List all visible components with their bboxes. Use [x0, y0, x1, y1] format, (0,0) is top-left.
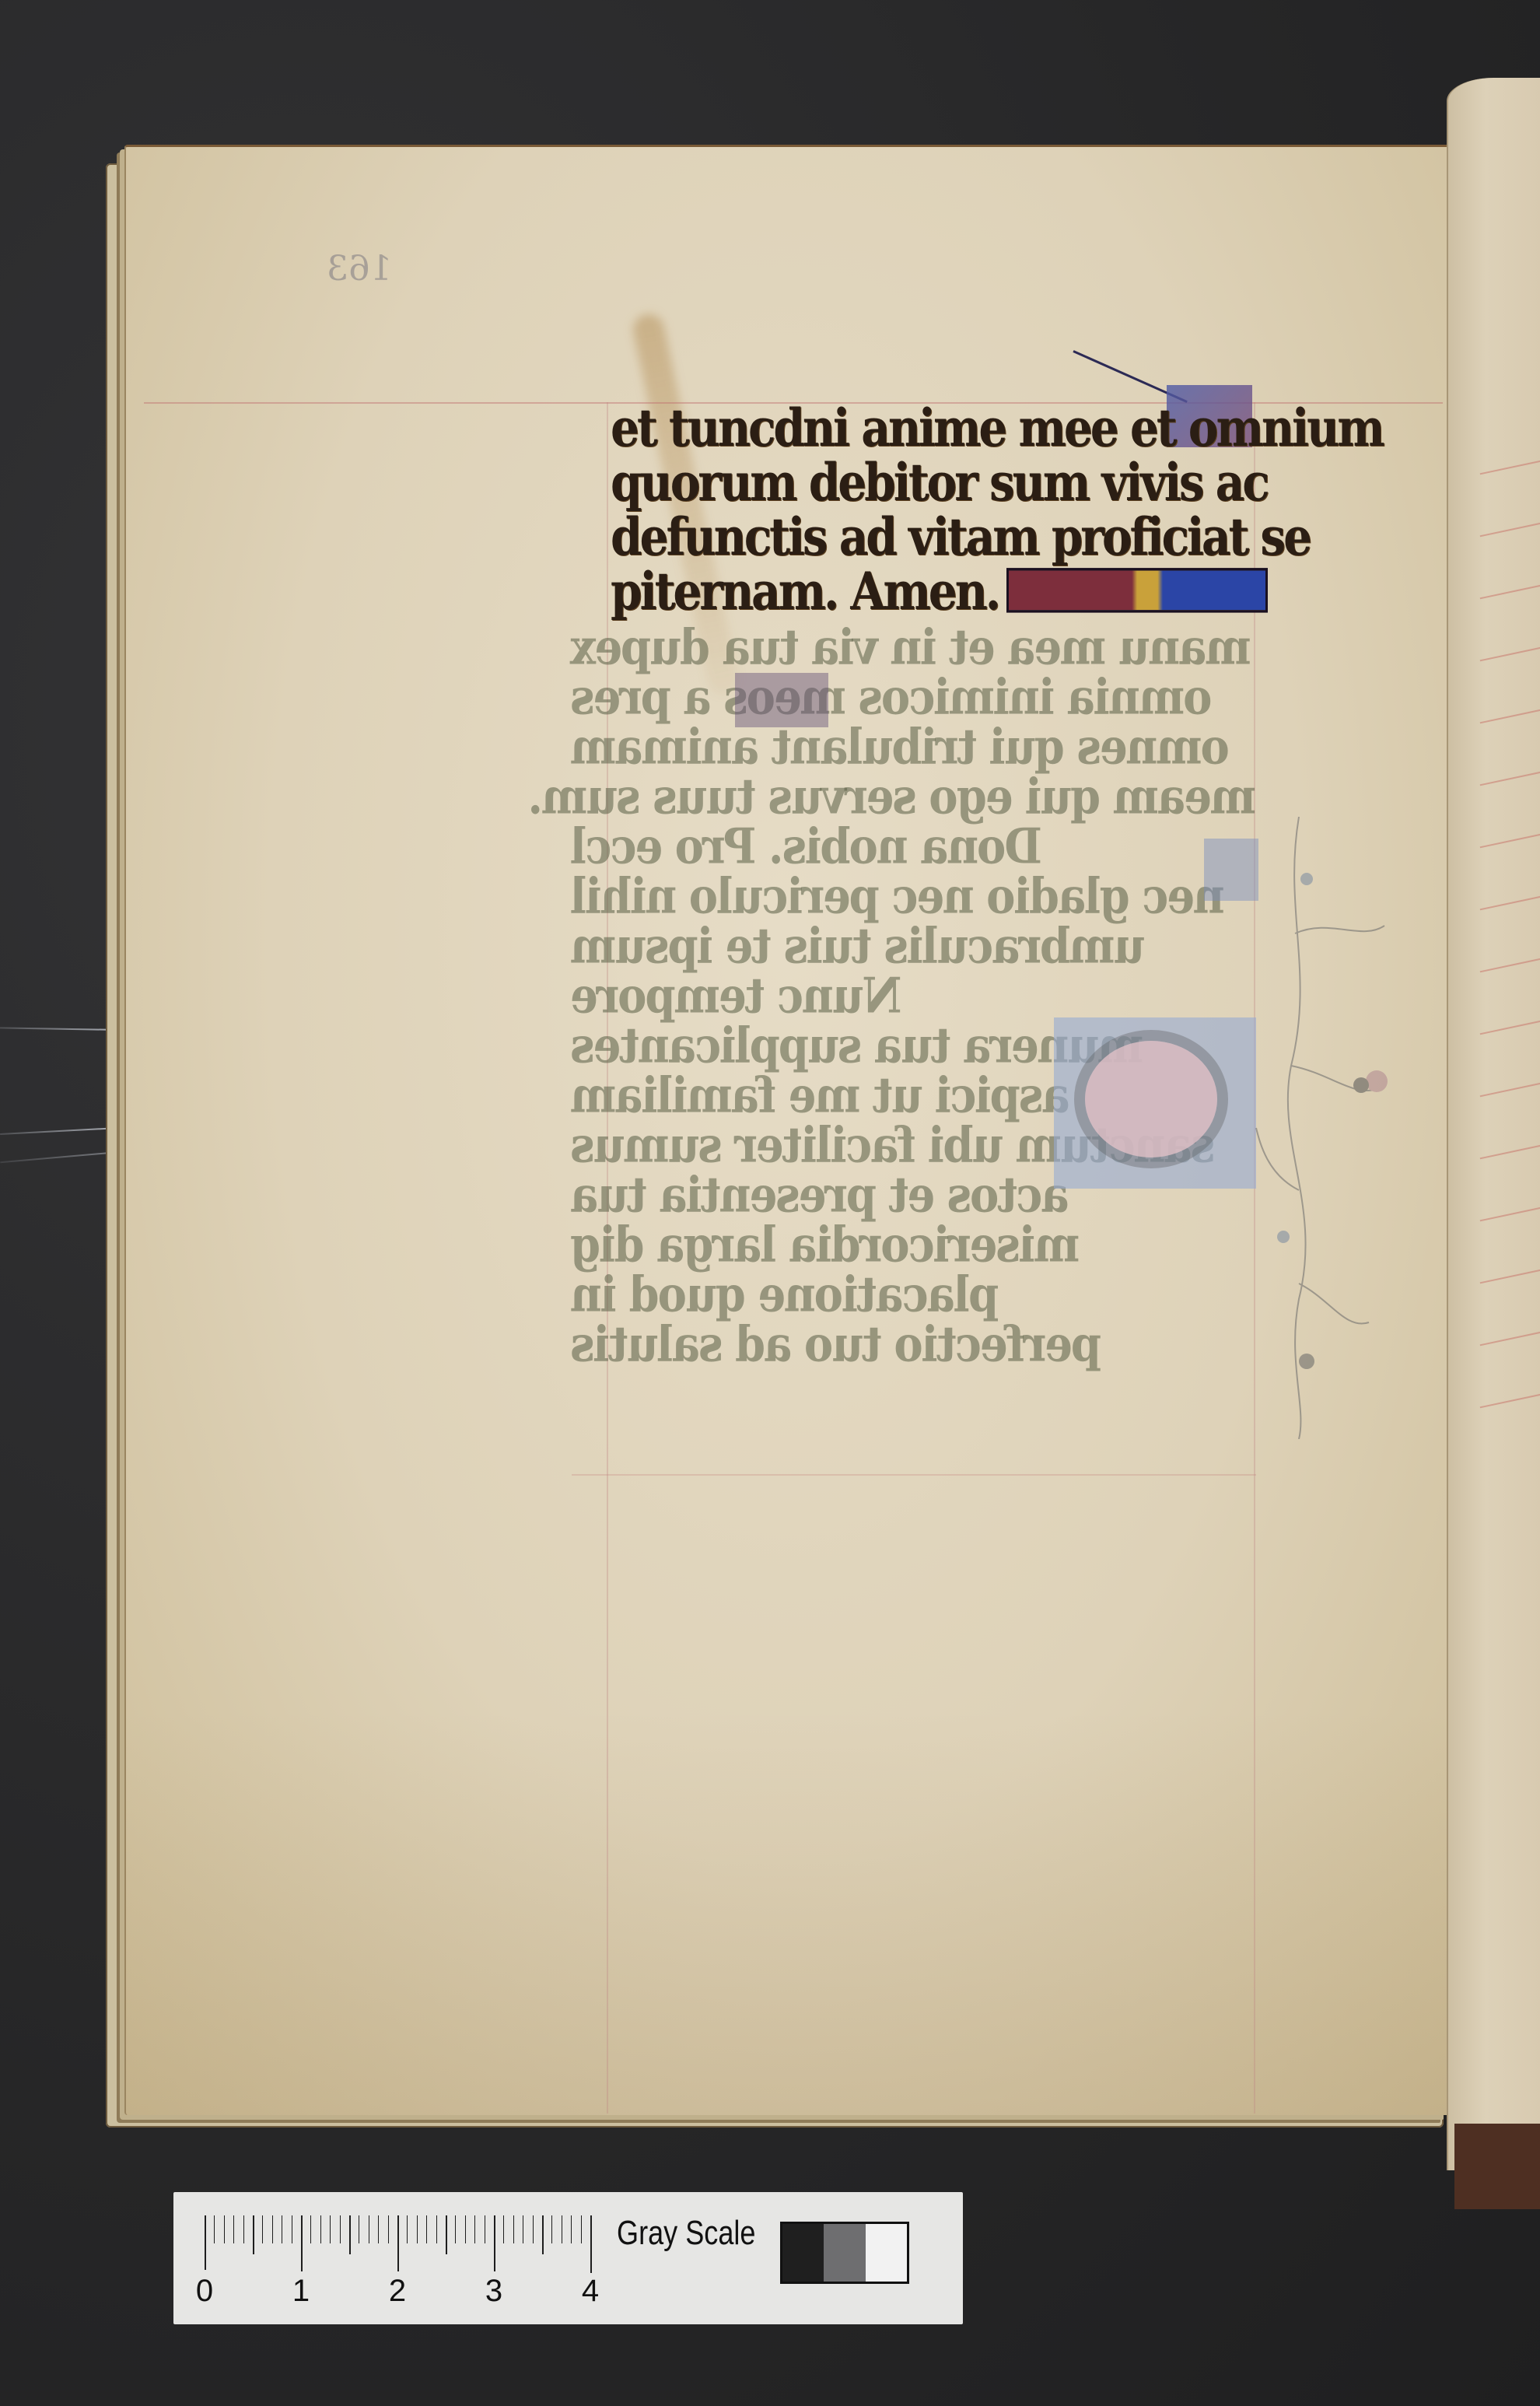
- ghost-line: omnia inimicos meos a pres: [572, 669, 1256, 725]
- binding-edge: [1454, 2124, 1540, 2209]
- ruler-tick-major: [301, 2215, 303, 2271]
- ruler-tick-minor: [282, 2215, 282, 2243]
- ruler-tick-minor: [455, 2215, 456, 2243]
- ruler-tick-half: [542, 2215, 544, 2254]
- ruler-tick-minor: [292, 2215, 292, 2243]
- ghost-line: Dona nobis. Pro eccl: [572, 818, 1256, 874]
- ruler-tick-half: [253, 2215, 254, 2254]
- ghost-floral-border-icon: [1252, 817, 1408, 1439]
- ruler-tick-minor: [359, 2215, 359, 2243]
- ruler-tick-minor: [503, 2215, 504, 2243]
- ghost-line: misericordia larga dig: [572, 1217, 1256, 1273]
- ruler-tick-half: [446, 2215, 447, 2254]
- ruler-tick-minor: [330, 2215, 331, 2243]
- ruler-tick-major: [397, 2215, 399, 2271]
- ruling-line: [1480, 1332, 1540, 1347]
- ruler-label: 4: [582, 2274, 599, 2309]
- ghost-line: perfectio tuo ad salutis: [572, 1316, 1256, 1372]
- ruler-tick-minor: [243, 2215, 244, 2243]
- ruling-line: [1480, 834, 1540, 849]
- ruler-tick-minor: [523, 2215, 523, 2243]
- ruler-tick-minor: [485, 2215, 485, 2243]
- folio-number-showthrough: 163: [327, 249, 392, 289]
- ruler-tick-minor: [417, 2215, 418, 2243]
- ruler-tick-minor: [533, 2215, 534, 2243]
- swatch-gray: [824, 2224, 865, 2282]
- ruling-line: [1480, 585, 1540, 600]
- ruling-line: [1480, 896, 1540, 911]
- text-line: et tuncdni anime mee et omnium: [611, 397, 1256, 460]
- ghost-line: manu mea et in via tua dupex: [572, 619, 1256, 675]
- text-line: defunctis ad vitam proficiat se: [611, 506, 1256, 569]
- ruling-line: [1480, 772, 1540, 786]
- ruler-tick-major: [205, 2215, 206, 2270]
- ruler-tick-major: [590, 2215, 592, 2273]
- ruling-line: [572, 1474, 1256, 1476]
- ruler: 0 1 2 3 4: [205, 2215, 601, 2270]
- swatch-black: [782, 2224, 824, 2282]
- facing-page: [1447, 78, 1540, 2170]
- ruler-label: 3: [485, 2274, 502, 2309]
- ruling-line: [1480, 647, 1540, 662]
- ruler-tick-minor: [378, 2215, 379, 2243]
- ghost-initial: [1204, 839, 1258, 901]
- ghost-line: omnes qui tribulant animam: [572, 719, 1256, 775]
- ghost-line: Nunc tempore: [572, 968, 1256, 1024]
- ruling-line: [1480, 1021, 1540, 1035]
- ruling-line: [1480, 1207, 1540, 1222]
- ruling-line: [1480, 523, 1540, 538]
- ghost-line: placatione quod in: [572, 1266, 1256, 1322]
- ruler-tick-half: [349, 2215, 351, 2254]
- ruling-line: [1480, 958, 1540, 973]
- text-line-last: piternam. Amen.: [611, 560, 1256, 623]
- ghost-line: umbraculis tuis te ipsum: [572, 918, 1256, 974]
- scale-bar-card: 0 1 2 3 4 Gray Scale: [173, 2192, 963, 2324]
- ghost-initial: [735, 673, 828, 727]
- ruler-tick-minor: [581, 2215, 582, 2243]
- text-line: piternam. Amen.: [611, 561, 999, 622]
- ruler-tick-minor: [388, 2215, 389, 2243]
- ruler-tick-minor: [426, 2215, 427, 2243]
- ruler-tick-minor: [320, 2215, 321, 2243]
- ruling-line: [1480, 709, 1540, 724]
- ghost-line: meam qui ego servus tuus sum.: [572, 769, 1256, 825]
- ruler-tick-minor: [214, 2215, 215, 2243]
- ghost-line: nec gladio nec periculo nihil: [572, 868, 1256, 924]
- ruler-tick-minor: [513, 2215, 514, 2243]
- ruler-tick-minor: [369, 2215, 369, 2243]
- ghost-historiated-initial: [1054, 1017, 1256, 1189]
- ruler-tick-minor: [562, 2215, 562, 2243]
- text-block: et tuncdni anime mee et omnium quorum de…: [611, 401, 1256, 618]
- gray-scale-label: Gray Scale: [617, 2214, 755, 2253]
- text-line: quorum debitor sum vivis ac: [611, 451, 1256, 514]
- ruling-line: [1480, 461, 1540, 475]
- ruler-tick-minor: [340, 2215, 341, 2243]
- ruler-label: 1: [292, 2274, 310, 2309]
- ruler-tick-minor: [465, 2215, 466, 2243]
- ruling-line: [1480, 1083, 1540, 1098]
- ruler-tick-minor: [224, 2215, 225, 2243]
- ruler-tick-minor: [407, 2215, 408, 2243]
- ruler-tick-minor: [551, 2215, 552, 2243]
- ruler-tick-major: [494, 2215, 495, 2271]
- gray-scale-swatches: [780, 2222, 909, 2284]
- ruler-label: 0: [196, 2274, 213, 2309]
- ruler-tick-minor: [474, 2215, 475, 2243]
- ruling-line: [1480, 1145, 1540, 1160]
- ruler-tick-minor: [262, 2215, 263, 2243]
- ruler-tick-minor: [233, 2215, 234, 2243]
- ruler-tick-minor: [436, 2215, 437, 2243]
- ruler-tick-minor: [310, 2215, 311, 2243]
- swatch-white: [866, 2224, 907, 2282]
- ruler-tick-minor: [571, 2215, 572, 2243]
- line-filler-decoration: [1006, 568, 1268, 613]
- ruler-tick-minor: [272, 2215, 273, 2243]
- ruling-line: [1480, 1394, 1540, 1409]
- ruling-line: [1480, 1270, 1540, 1284]
- show-through-text: manu mea et in via tua dupex omnia inimi…: [572, 622, 1256, 1369]
- ruler-label: 2: [389, 2274, 406, 2309]
